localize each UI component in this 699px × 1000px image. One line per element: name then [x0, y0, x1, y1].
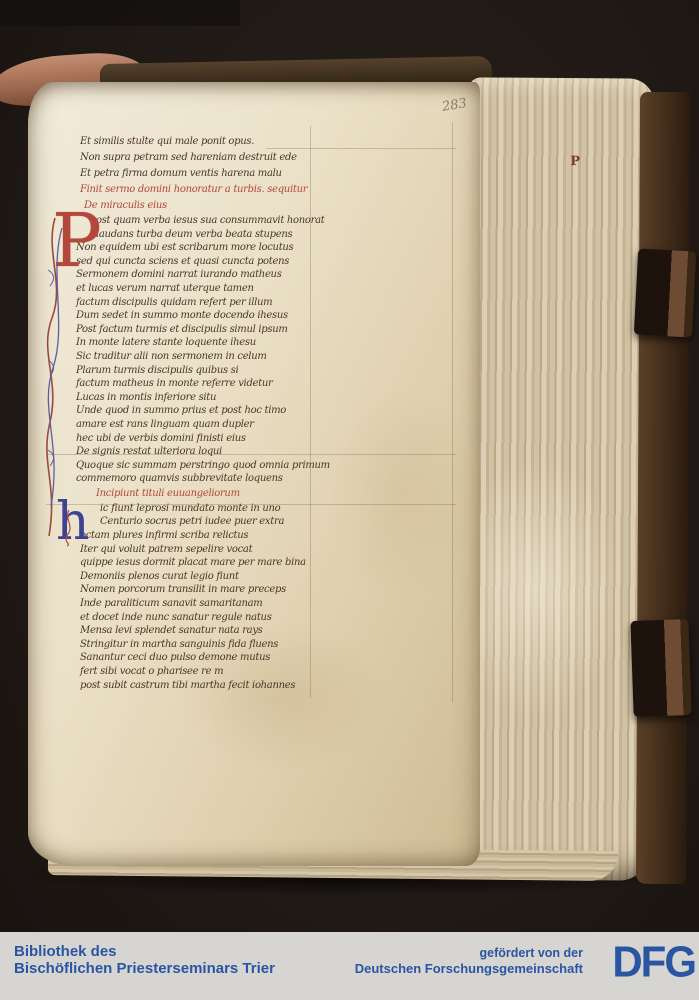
- manuscript-line: Quoque sic summam perstringo quod omnia …: [80, 459, 336, 473]
- manuscript-line: Post factum turmis et discipulis simul i…: [80, 323, 336, 337]
- page-stack-fore-edge: P: [463, 77, 655, 880]
- back-cover: [636, 92, 690, 884]
- manuscript-line: sed qui cuncta sciens et quasi cuncta po…: [80, 255, 336, 269]
- funding-caption: gefördert von der Deutschen Forschungsge…: [355, 946, 583, 976]
- clasp-strap-bottom: [630, 619, 691, 717]
- rubric-heading: De miraculis eius: [80, 197, 336, 214]
- manuscript-line: Iter qui voluit patrem sepelire vocat: [80, 543, 336, 557]
- rubric-finit: Finit sermo domini honoratur a turbis. s…: [80, 182, 336, 197]
- manuscript-line: laudans turba deum verba beata stupens: [80, 228, 336, 242]
- fore-edge-letter: P: [570, 154, 580, 169]
- manuscript-line: fert sibi vocat o pharisee re m: [80, 665, 336, 679]
- verse-section-miracula: P ost quam verba iesus sua consummavit h…: [80, 214, 336, 486]
- manuscript-line: Nomen porcorum transilit in mare preceps: [80, 583, 336, 597]
- manuscript-line: Inde paraliticum sanavit samaritanam: [80, 597, 336, 611]
- manuscript-line: Lucas in montis inferiore situ: [80, 391, 336, 405]
- manuscript-line: quippe iesus dormit placat mare per mare…: [80, 556, 336, 570]
- manuscript-line: factum discipulis quidam refert per illu…: [80, 296, 336, 310]
- manuscript-line: Non supra petram sed hareniam destruit e…: [80, 150, 336, 166]
- manuscript-line: Centurio socrus petri iudee puer extra: [80, 515, 336, 529]
- manuscript-line: Plarum turmis discipulis quibus si: [80, 364, 336, 378]
- rubric-incipiunt: Incipiunt tituli euuangeliorum: [80, 486, 336, 502]
- manuscript-page: 283 Et similis stulte qui male ponit opu…: [28, 82, 480, 866]
- parchment-stain: [328, 382, 478, 602]
- ruling-line-vertical: [452, 122, 453, 702]
- manuscript-line: Unde quod in summo prius et post hoc tim…: [80, 404, 336, 418]
- clasp-strap-top: [634, 249, 696, 338]
- manuscript-line: factum matheus in monte referre videtur: [80, 377, 336, 391]
- manuscript-line: octam plures infirmi scriba relictus: [80, 529, 336, 543]
- manuscript-line: ost quam verba iesus sua consummavit hon…: [80, 214, 336, 228]
- library-name-line1: Bibliothek des: [14, 943, 275, 960]
- manuscript-line: et docet inde nunc sanatur regule natus: [80, 611, 336, 625]
- page-stack-sheen: [474, 457, 626, 718]
- manuscript-line: amare est rans linguam quam dupler: [80, 418, 336, 432]
- manuscript-line: Sanantur ceci duo pulso demone mutus: [80, 651, 336, 665]
- manuscript-line: post subit castrum tibi martha fecit ioh…: [80, 679, 336, 693]
- manuscript-line: Sic traditur alii non sermonem in celum: [80, 350, 336, 364]
- manuscript-line: Et similis stulte qui male ponit opus.: [80, 134, 336, 150]
- manuscript-line: Dum sedet in summo monte docendo ihesus: [80, 309, 336, 323]
- funding-line1: gefördert von der: [355, 946, 583, 961]
- manuscript-line: Sermonem domini narrat iurando matheus: [80, 268, 336, 282]
- manuscript-line: Demoniis plenos curat legio fiunt: [80, 570, 336, 584]
- folio-number-pencil: 283: [441, 96, 468, 115]
- verse-section-tituli: h ic fiunt leprosi mundato monte in unoC…: [80, 502, 336, 692]
- manuscript-line: In monte latere stante loquente ihesu: [80, 336, 336, 350]
- manuscript-line: Mensa levi splendet sanatur nata rays: [80, 624, 336, 638]
- manuscript-line: Stringitur in martha sanguinis fida flue…: [80, 638, 336, 652]
- dfg-logo: DFG: [612, 937, 695, 987]
- manuscript-line: et lucas verum narrat uterque tamen: [80, 282, 336, 296]
- manuscript-line: ic fiunt leprosi mundato monte in uno: [80, 502, 336, 516]
- library-caption: Bibliothek des Bischöflichen Priestersem…: [14, 943, 275, 977]
- library-name-line2: Bischöflichen Priesterseminars Trier: [14, 960, 275, 977]
- backdrop-shade: [0, 0, 240, 26]
- manuscript-line: commemoro quamvis subbrevitate loquens: [80, 472, 336, 486]
- manuscript-line: De signis restat ulteriora loqui: [80, 445, 336, 459]
- manuscript-line: hec ubi de verbis domini finisti eius: [80, 432, 336, 446]
- manuscript-text-block: Et similis stulte qui male ponit opus.No…: [80, 134, 336, 692]
- manuscript-line: Non equidem ubi est scribarum more locut…: [80, 241, 336, 255]
- manuscript-line: Et petra firma domum ventis harena malu: [80, 166, 336, 182]
- funding-line2: Deutschen Forschungsgemeinschaft: [355, 961, 583, 976]
- verse-lines-top: Et similis stulte qui male ponit opus.No…: [80, 134, 336, 182]
- caption-bar: Bibliothek des Bischöflichen Priestersem…: [0, 932, 699, 1000]
- penwork-flourish-icon: [62, 508, 76, 548]
- photograph: P 283 Et similis stulte qui male ponit o…: [0, 0, 699, 1000]
